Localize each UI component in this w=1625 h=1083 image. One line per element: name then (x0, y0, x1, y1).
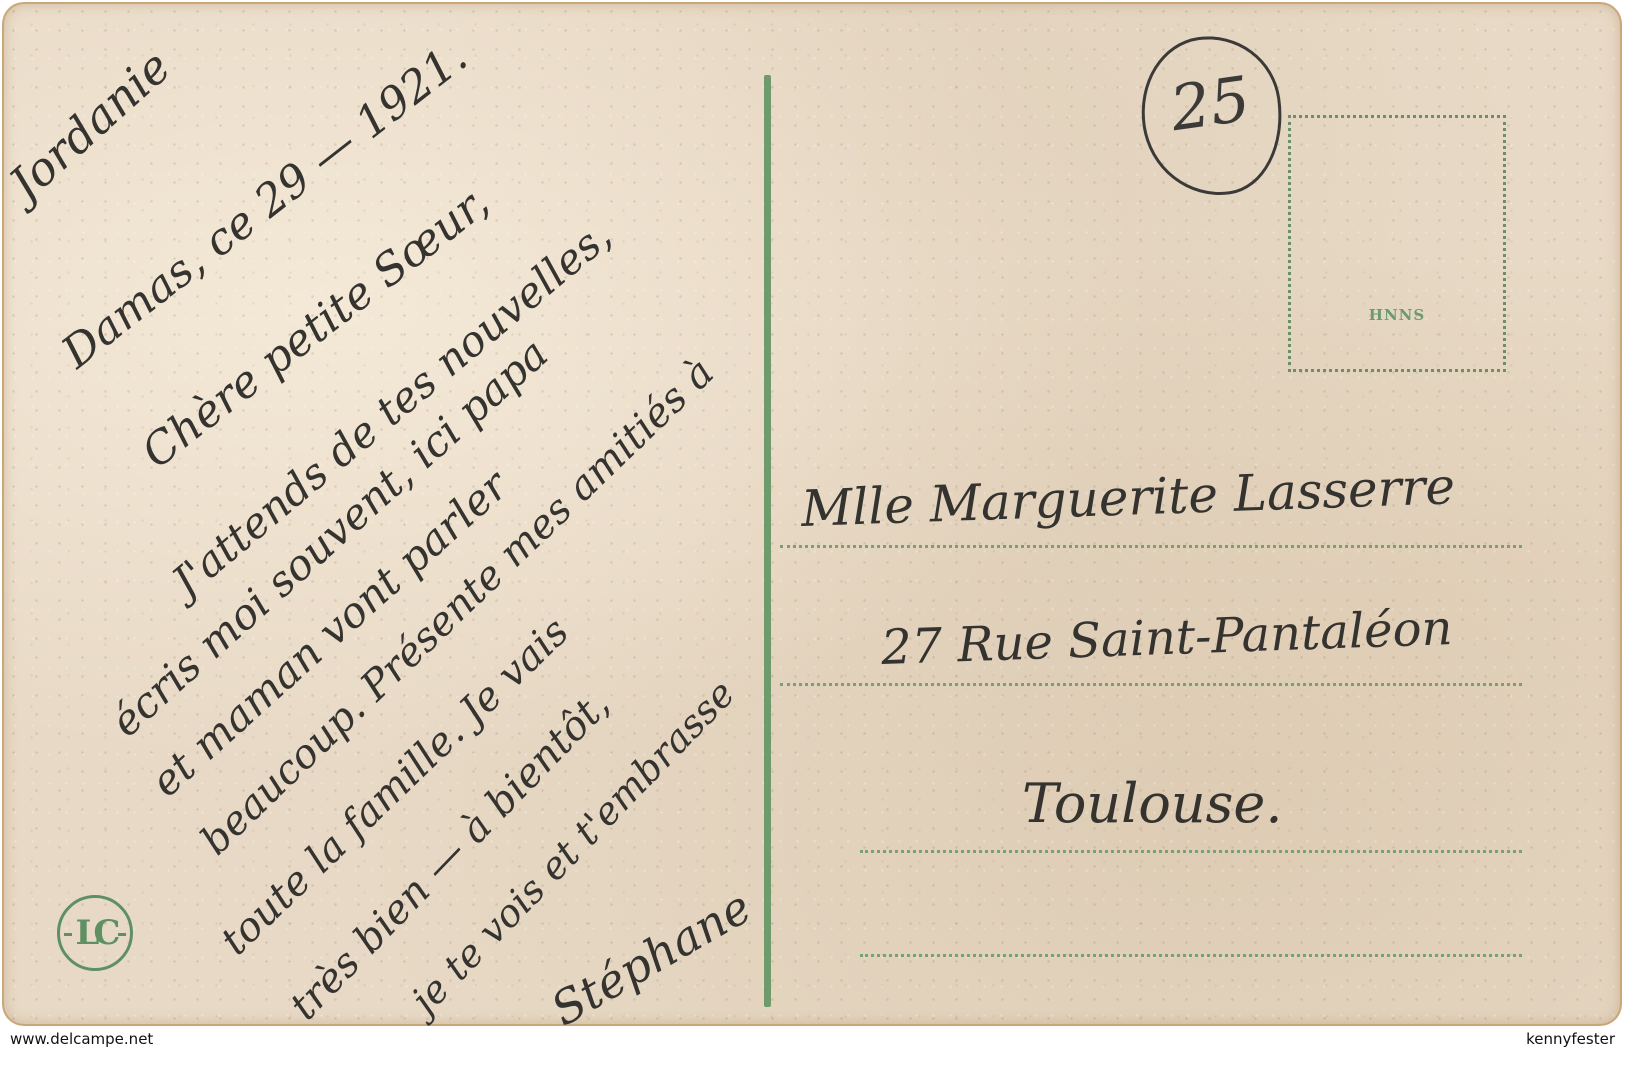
watermark-seller: kennyfester (1526, 1030, 1615, 1048)
address-recipient: Mlle Marguerite Lasserre (800, 461, 1456, 534)
watermark-site: www.delcampe.net (10, 1030, 153, 1048)
address-line-4-rule (860, 954, 1522, 957)
center-divider-line (764, 75, 771, 1007)
address-line-1-rule (780, 545, 1522, 548)
address-line-2-rule (780, 683, 1522, 686)
publisher-monogram-logo: LC (57, 895, 133, 971)
postcard-viewer: 25 HNNS Mlle Marguerite Lasserre 27 Rue … (0, 0, 1625, 1083)
postcard-back: 25 HNNS Mlle Marguerite Lasserre 27 Rue … (2, 2, 1622, 1026)
monogram-right-dash (118, 933, 126, 936)
message-header-note: Jordanie (2, 42, 178, 208)
stamp-box-label: HNNS (1291, 306, 1503, 324)
address-city: Toulouse. (1022, 777, 1283, 831)
monogram-letters: LC (76, 913, 115, 953)
address-street: 27 Rue Saint-Pantaléon (880, 604, 1453, 672)
message-signature: Stéphane (544, 883, 758, 1026)
stamp-box: HNNS (1288, 115, 1506, 372)
circled-number: 25 (1139, 58, 1282, 149)
address-line-3-rule (860, 850, 1522, 853)
monogram-left-dash (64, 933, 72, 936)
circled-number-mark: 25 (1132, 27, 1293, 205)
